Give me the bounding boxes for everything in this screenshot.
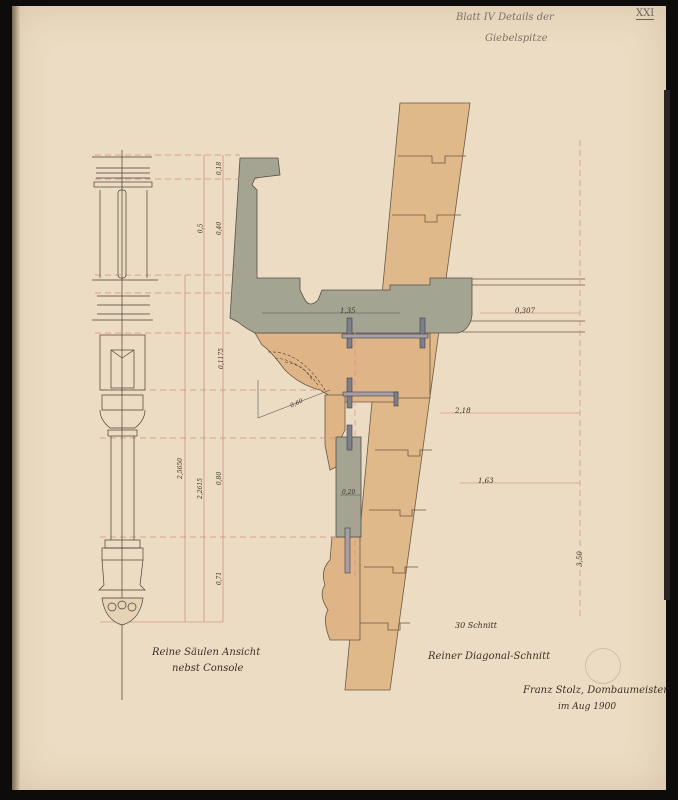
section-caption: Reiner Diagonal-Schnitt xyxy=(428,651,550,662)
dim-shaft-width: 0,20 xyxy=(342,489,355,496)
architectural-drawing xyxy=(0,0,678,800)
elevation-caption-line2: nebst Console xyxy=(172,663,243,674)
dim-right-offset: 0,307 xyxy=(515,307,535,315)
dim-seg-5: 0,1175 xyxy=(218,348,225,369)
header-note-line1: Blatt IV Details der xyxy=(456,12,554,23)
dim-cornice-width: 1,35 xyxy=(340,307,356,315)
dim-lower-span: 1,63 xyxy=(478,477,494,485)
dim-mid-span: 2,18 xyxy=(455,407,471,415)
elevation-caption-line1: Reine Säulen Ansicht xyxy=(152,647,260,658)
dim-seg-7: 0,71 xyxy=(216,572,223,585)
signature-line2: im Aug 1900 xyxy=(558,702,616,712)
dim-left-overall: 2,5650 xyxy=(177,458,184,479)
sheet-number: XXI xyxy=(636,8,654,20)
dim-left-inner: 2,2615 xyxy=(197,478,204,499)
dim-right-vertical: 3,50 xyxy=(576,551,584,567)
signature-line1: Franz Stolz, Dombaumeister xyxy=(523,685,668,696)
column-elevation xyxy=(92,150,158,700)
header-note-line2: Giebelspitze xyxy=(485,33,548,44)
dim-seg-6: 0,80 xyxy=(216,472,223,485)
dim-seg-2: 0,5 xyxy=(197,224,204,234)
joint-label: 30 Schnitt xyxy=(455,621,497,630)
dim-seg-3: 0,40 xyxy=(216,222,223,235)
cornice-extension xyxy=(462,279,585,332)
archive-stamp xyxy=(585,648,621,684)
dim-seg-1: 0,18 xyxy=(216,162,223,175)
